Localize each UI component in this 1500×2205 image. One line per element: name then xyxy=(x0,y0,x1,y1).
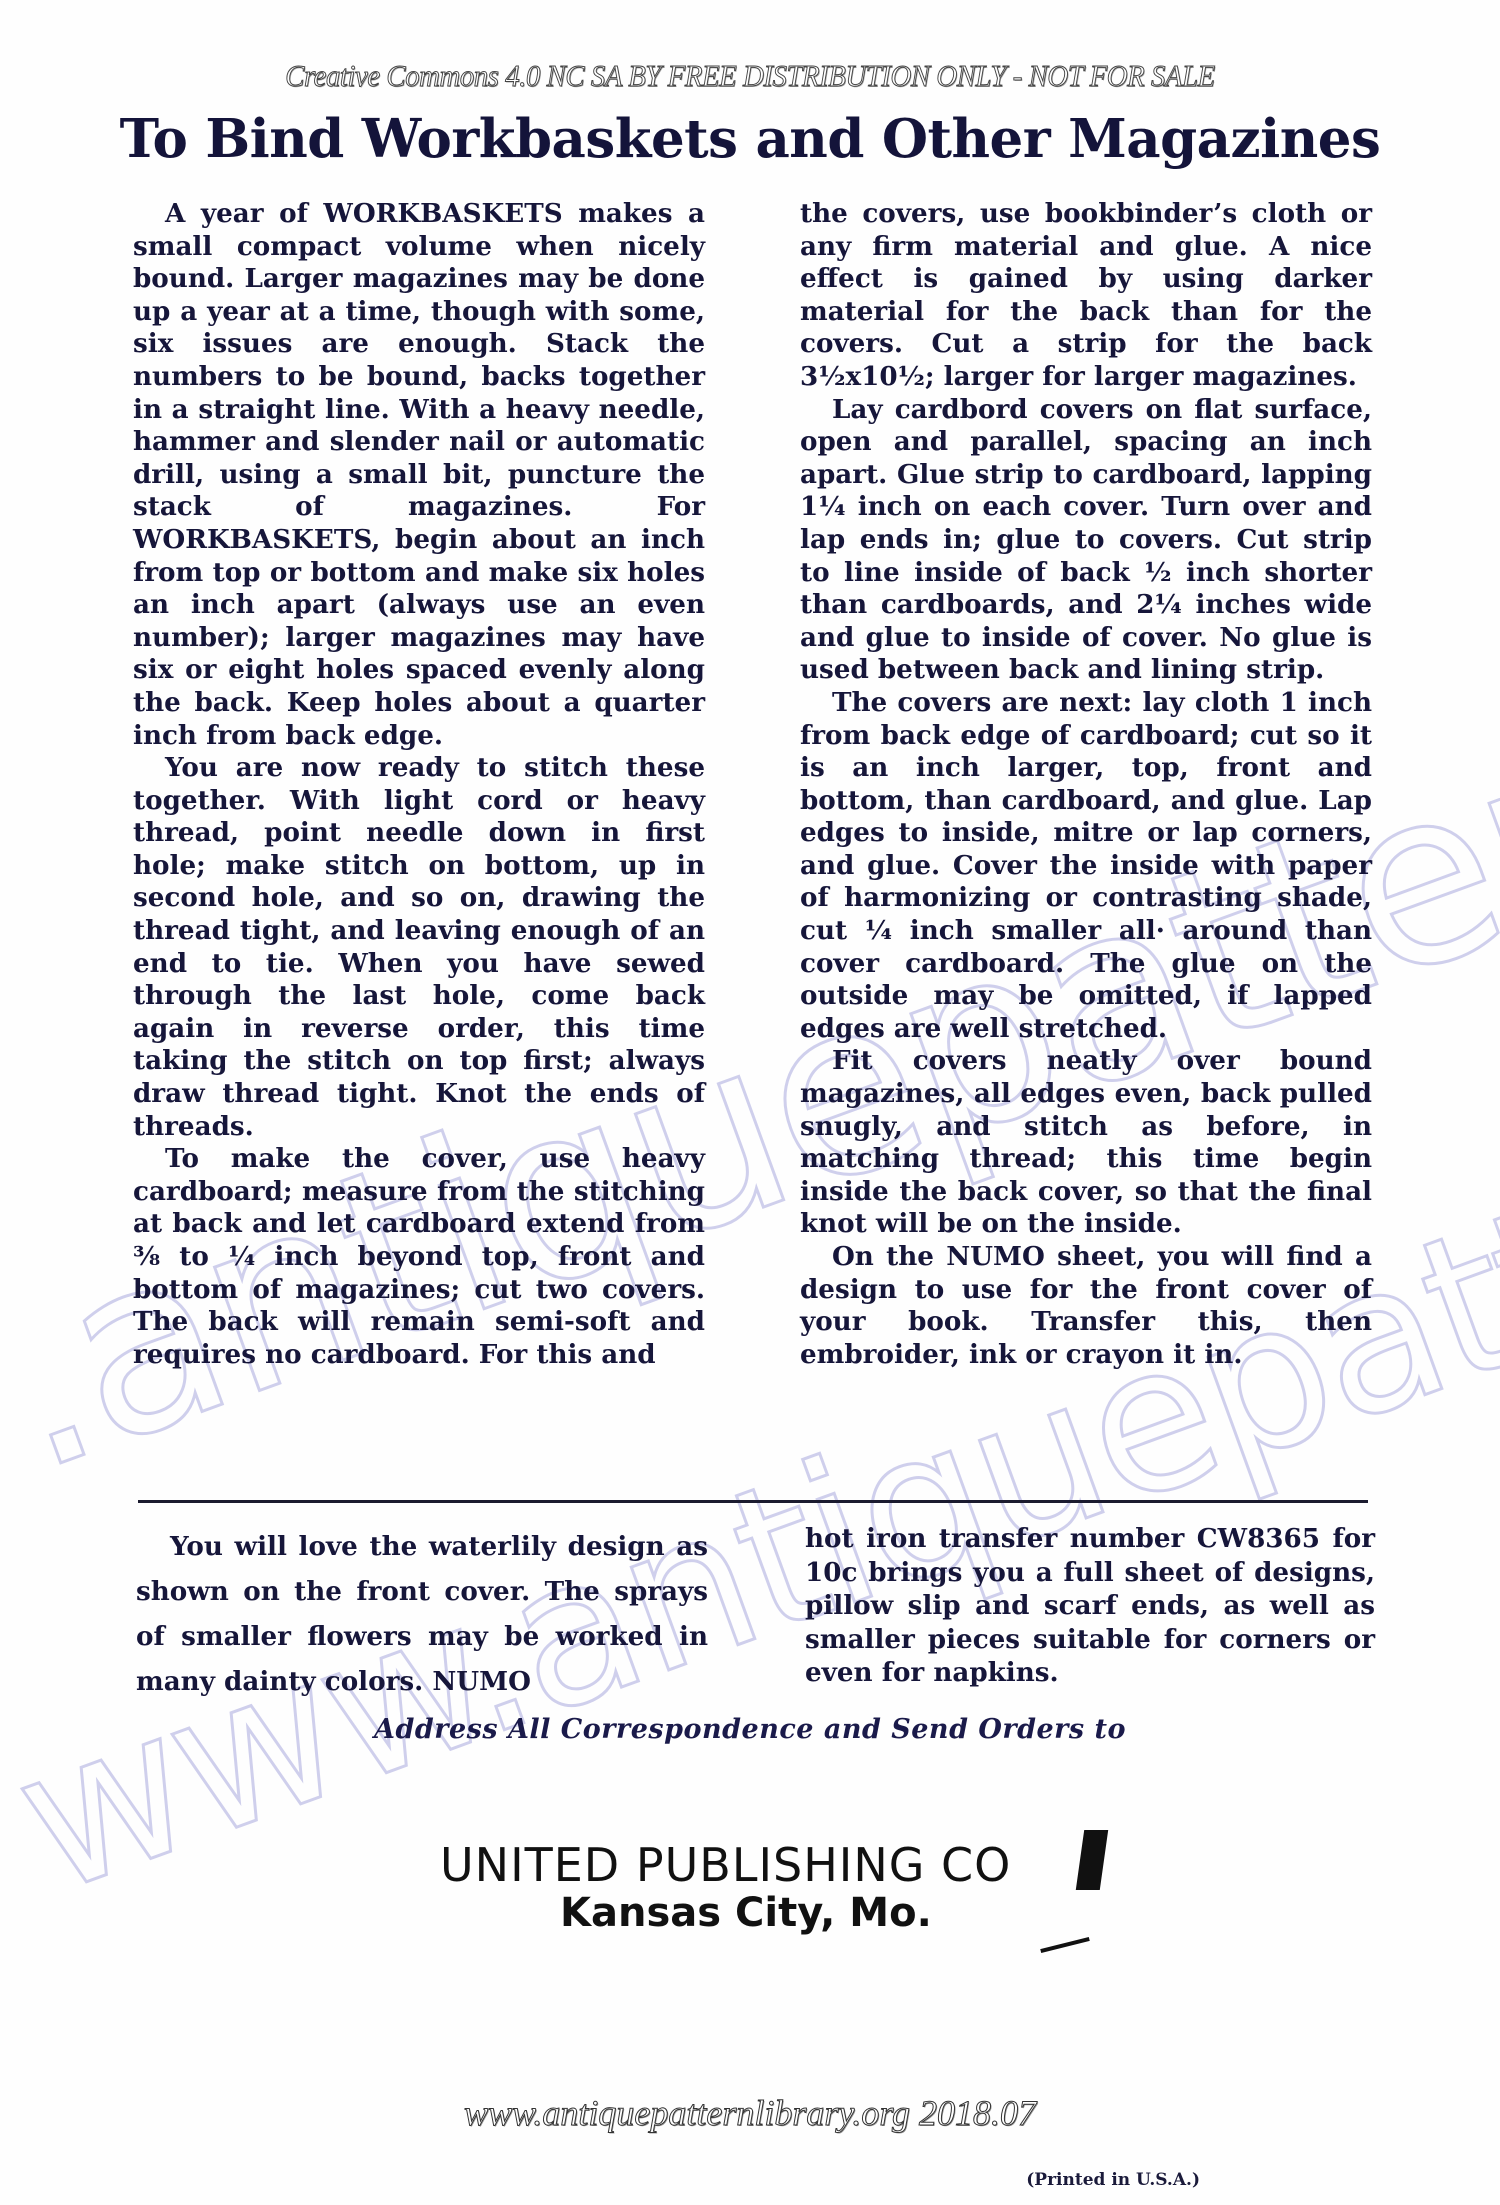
article-left-column: A year of WORKBASKETS makes a small comp… xyxy=(133,198,705,1371)
stamp-city: Kansas City, Mo. xyxy=(560,1890,1140,1936)
paragraph-cloth: the covers, use bookbinder’s cloth or an… xyxy=(800,198,1372,394)
section-divider xyxy=(138,1500,1368,1503)
paragraph-numo-sheet: On the NUMO sheet, you will find a desig… xyxy=(800,1241,1372,1371)
promo-right: hot iron transfer number CW8365 for 10c … xyxy=(805,1522,1375,1690)
address-heading: Address All Correspondence and Send Orde… xyxy=(0,1714,1500,1745)
paragraph-intro: A year of WORKBASKETS makes a small comp… xyxy=(133,198,705,752)
article-right-column: the covers, use bookbinder’s cloth or an… xyxy=(800,198,1372,1371)
paragraph-covers-next: The covers are next: lay cloth 1 inch fr… xyxy=(800,687,1372,1046)
promo-right-text: hot iron transfer number CW8365 for 10c … xyxy=(805,1522,1375,1690)
stamp-company: UNITED PUBLISHING CO xyxy=(440,1838,1140,1892)
paragraph-fit-covers: Fit covers neatly over bound magazines, … xyxy=(800,1045,1372,1241)
paragraph-stitching: You are now ready to stitch these togeth… xyxy=(133,752,705,1143)
promo-left-text: You will love the waterlily design as sh… xyxy=(136,1524,708,1704)
promo-left: You will love the waterlily design as sh… xyxy=(136,1524,708,1704)
page-title: To Bind Workbaskets and Other Magazines xyxy=(0,108,1500,170)
magazine-page: .antiquepatternlib www.antiquepattern Cr… xyxy=(0,0,1500,2205)
license-notice: Creative Commons 4.0 NC SA BY FREE DISTR… xyxy=(53,58,1448,94)
publisher-stamp: UNITED PUBLISHING CO Kansas City, Mo. xyxy=(440,1838,1140,1936)
footer-website: www.antiquepatternlibrary.org 2018.07 xyxy=(0,2092,1500,2134)
printed-in-notice: (Printed in U.S.A.) xyxy=(1026,2170,1200,2190)
paragraph-cover: To make the cover, use heavy cardboard; … xyxy=(133,1143,705,1371)
paragraph-cardboard: Lay cardbord covers on flat surface, ope… xyxy=(800,394,1372,687)
stamp-ink-dash-icon xyxy=(1040,1937,1089,1953)
